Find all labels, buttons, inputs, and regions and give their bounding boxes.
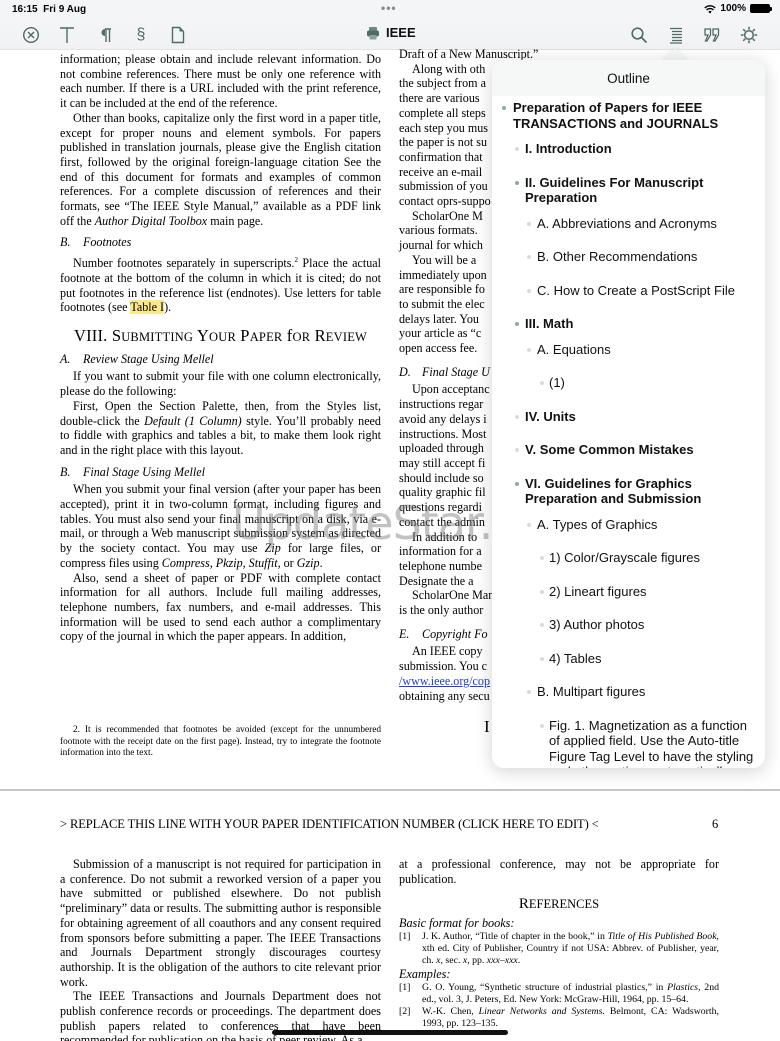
section-icon[interactable]: § <box>129 23 153 47</box>
wifi-icon <box>704 4 716 14</box>
outline-item[interactable]: B. Multipart figures <box>492 684 765 700</box>
paragraph: If you want to submit your file with one… <box>60 369 381 398</box>
outline-popover: Outline Preparation of Papers for IEEE T… <box>492 60 765 768</box>
quote-icon[interactable] <box>700 23 724 47</box>
outline-item[interactable]: II. Guidelines For Manuscript Preparatio… <box>492 175 765 206</box>
battery-icon <box>750 4 770 13</box>
toolbar: § IEEE <box>0 20 780 50</box>
battery-percent: 100% <box>720 3 746 14</box>
paragraph: First, Open the Section Palette, then, f… <box>60 399 381 458</box>
outline-item-label: VI. Guidelines for Graphics Preparation … <box>525 476 701 507</box>
document-title: IEEE <box>386 25 416 40</box>
home-indicator[interactable] <box>272 1030 508 1035</box>
outline-item[interactable]: VI. Guidelines for Graphics Preparation … <box>492 476 765 507</box>
bullet-icon <box>540 590 544 594</box>
ieee-copyright-link[interactable]: /www.ieee.org/cop <box>399 674 490 688</box>
paragraph: information; please obtain and include r… <box>60 52 381 111</box>
outline-item-label: C. How to Create a PostScript File <box>537 283 735 298</box>
outline-item-label: 1) Color/Grayscale figures <box>549 550 700 565</box>
outline-item[interactable]: 1) Color/Grayscale figures <box>492 550 765 566</box>
status-right: 100% <box>704 3 770 14</box>
outline-list-icon[interactable] <box>664 23 688 47</box>
section-heading-fragment: I <box>484 717 490 737</box>
outline-item-label: III. Math <box>525 316 573 331</box>
outline-item[interactable]: I. Introduction <box>492 141 765 157</box>
subsection-heading-review: A.Review Stage Using Mellel <box>60 352 381 367</box>
expand-bullet-icon[interactable] <box>515 482 519 486</box>
bullet-icon <box>515 147 519 151</box>
bullet-icon <box>527 255 531 259</box>
paragraph: When you submit your final version (afte… <box>60 482 381 570</box>
multitasking-dots[interactable]: ••• <box>381 1 397 15</box>
bullet-icon <box>527 523 531 527</box>
outline-item[interactable]: 3) Author photos <box>492 617 765 633</box>
reference-category: Basic format for books: <box>399 916 719 931</box>
paragraph: Also, send a sheet of paper or PDF with … <box>60 571 381 645</box>
left-column: Submission of a manuscript is not requir… <box>60 857 381 1041</box>
expand-bullet-icon[interactable] <box>515 322 519 326</box>
outline-item-label: Preparation of Papers for IEEE TRANSACTI… <box>513 100 718 131</box>
outline-item-label: V. Some Common Mistakes <box>525 442 694 457</box>
outline-item-label: A. Equations <box>537 342 611 357</box>
bullet-icon <box>527 348 531 352</box>
bullet-icon <box>540 724 544 728</box>
left-column: information; please obtain and include r… <box>60 52 381 644</box>
outline-item[interactable]: 4) Tables <box>492 651 765 667</box>
outline-item-label: B. Other Recommendations <box>537 249 697 264</box>
outline-item-label: 4) Tables <box>549 651 602 666</box>
outline-item-label: B. Multipart figures <box>537 684 645 699</box>
bullet-icon <box>515 448 519 452</box>
document-title-button[interactable]: IEEE <box>366 25 416 40</box>
outline-item-label: (1) <box>549 375 565 390</box>
outline-item-label: A. Types of Graphics <box>537 517 657 532</box>
section-heading-viii: VIII. SUBMITTING YOUR PAPER fOR REVIEW <box>60 329 381 345</box>
reference-item: [1] G. O. Young, “Synthetic structure of… <box>399 982 719 1006</box>
outline-item[interactable]: A. Types of Graphics <box>492 517 765 533</box>
search-icon[interactable] <box>627 23 651 47</box>
outline-item-label: A. Abbreviations and Acronyms <box>537 216 717 231</box>
outline-item-label: IV. Units <box>525 409 576 424</box>
outline-item[interactable]: A. Equations <box>492 342 765 358</box>
outline-item[interactable]: Preparation of Papers for IEEE TRANSACTI… <box>492 100 765 131</box>
settings-gear-icon[interactable] <box>737 23 761 47</box>
subsection-heading-final: B.Final Stage Using Mellel <box>60 465 381 480</box>
outline-item-label: 2) Lineart figures <box>549 584 647 599</box>
page-number: 6 <box>712 817 718 832</box>
outline-item-label: Fig. 1. Magnetization as a function of a… <box>549 718 753 769</box>
bullet-icon <box>527 289 531 293</box>
outline-item-label: I. Introduction <box>525 141 612 156</box>
paragraph: Number footnotes separately in superscri… <box>60 253 381 315</box>
running-header[interactable]: > REPLACE THIS LINE WITH YOUR PAPER IDEN… <box>60 817 599 832</box>
outline-item[interactable]: (1) <box>492 375 765 391</box>
reference-item: [1] J. K. Author, “Title of chapter in t… <box>399 931 719 967</box>
outline-item[interactable]: IV. Units <box>492 409 765 425</box>
outline-item[interactable]: A. Abbreviations and Acronyms <box>492 216 765 232</box>
paragraph: Submission of a manuscript is not requir… <box>60 857 381 989</box>
subsection-heading-footnotes: B.Footnotes <box>60 235 381 250</box>
status-time: 16:15 Fri 9 Aug <box>12 4 86 15</box>
right-column: at a professional conference, may not be… <box>399 857 719 1030</box>
outline-item[interactable]: 2) Lineart figures <box>492 584 765 600</box>
outline-item[interactable]: Fig. 1. Magnetization as a function of a… <box>492 718 765 769</box>
text-style-icon[interactable] <box>55 23 79 47</box>
document-page-6: > REPLACE THIS LINE WITH YOUR PAPER IDEN… <box>0 791 780 1041</box>
outline-item[interactable]: C. How to Create a PostScript File <box>492 283 765 299</box>
outline-item-label: II. Guidelines For Manuscript Preparatio… <box>525 175 703 206</box>
outline-title: Outline <box>492 60 765 96</box>
bullet-icon <box>540 556 544 560</box>
page-icon[interactable] <box>166 23 190 47</box>
reference-item: [2] W.-K. Chen, Linear Networks and Syst… <box>399 1006 719 1030</box>
paragraph-icon[interactable] <box>94 23 118 47</box>
bullet-icon <box>527 690 531 694</box>
outline-item[interactable]: III. Math <box>492 316 765 332</box>
references-heading: REFERENCES <box>399 897 719 912</box>
bullet-icon <box>540 623 544 627</box>
outline-item[interactable]: V. Some Common Mistakes <box>492 442 765 458</box>
table-reference-link[interactable]: Table I <box>130 300 164 314</box>
outline-list: Preparation of Papers for IEEE TRANSACTI… <box>492 96 765 768</box>
bullet-icon <box>540 657 544 661</box>
bullet-icon <box>540 381 544 385</box>
footnote: 2. It is recommended that footnotes be a… <box>60 725 381 760</box>
paragraph: Other than books, capitalize only the fi… <box>60 111 381 229</box>
printer-icon <box>366 26 380 40</box>
paragraph: at a professional conference, may not be… <box>399 857 719 886</box>
bullet-icon <box>527 222 531 226</box>
expand-bullet-icon[interactable] <box>502 106 506 110</box>
status-bar: 16:15 Fri 9 Aug ••• 100% <box>0 0 780 20</box>
expand-bullet-icon[interactable] <box>515 181 519 185</box>
outline-item-label: 3) Author photos <box>549 617 644 632</box>
bullet-icon <box>515 415 519 419</box>
reference-category: Examples: <box>399 967 719 982</box>
outline-item[interactable]: B. Other Recommendations <box>492 249 765 265</box>
close-icon[interactable] <box>19 23 43 47</box>
